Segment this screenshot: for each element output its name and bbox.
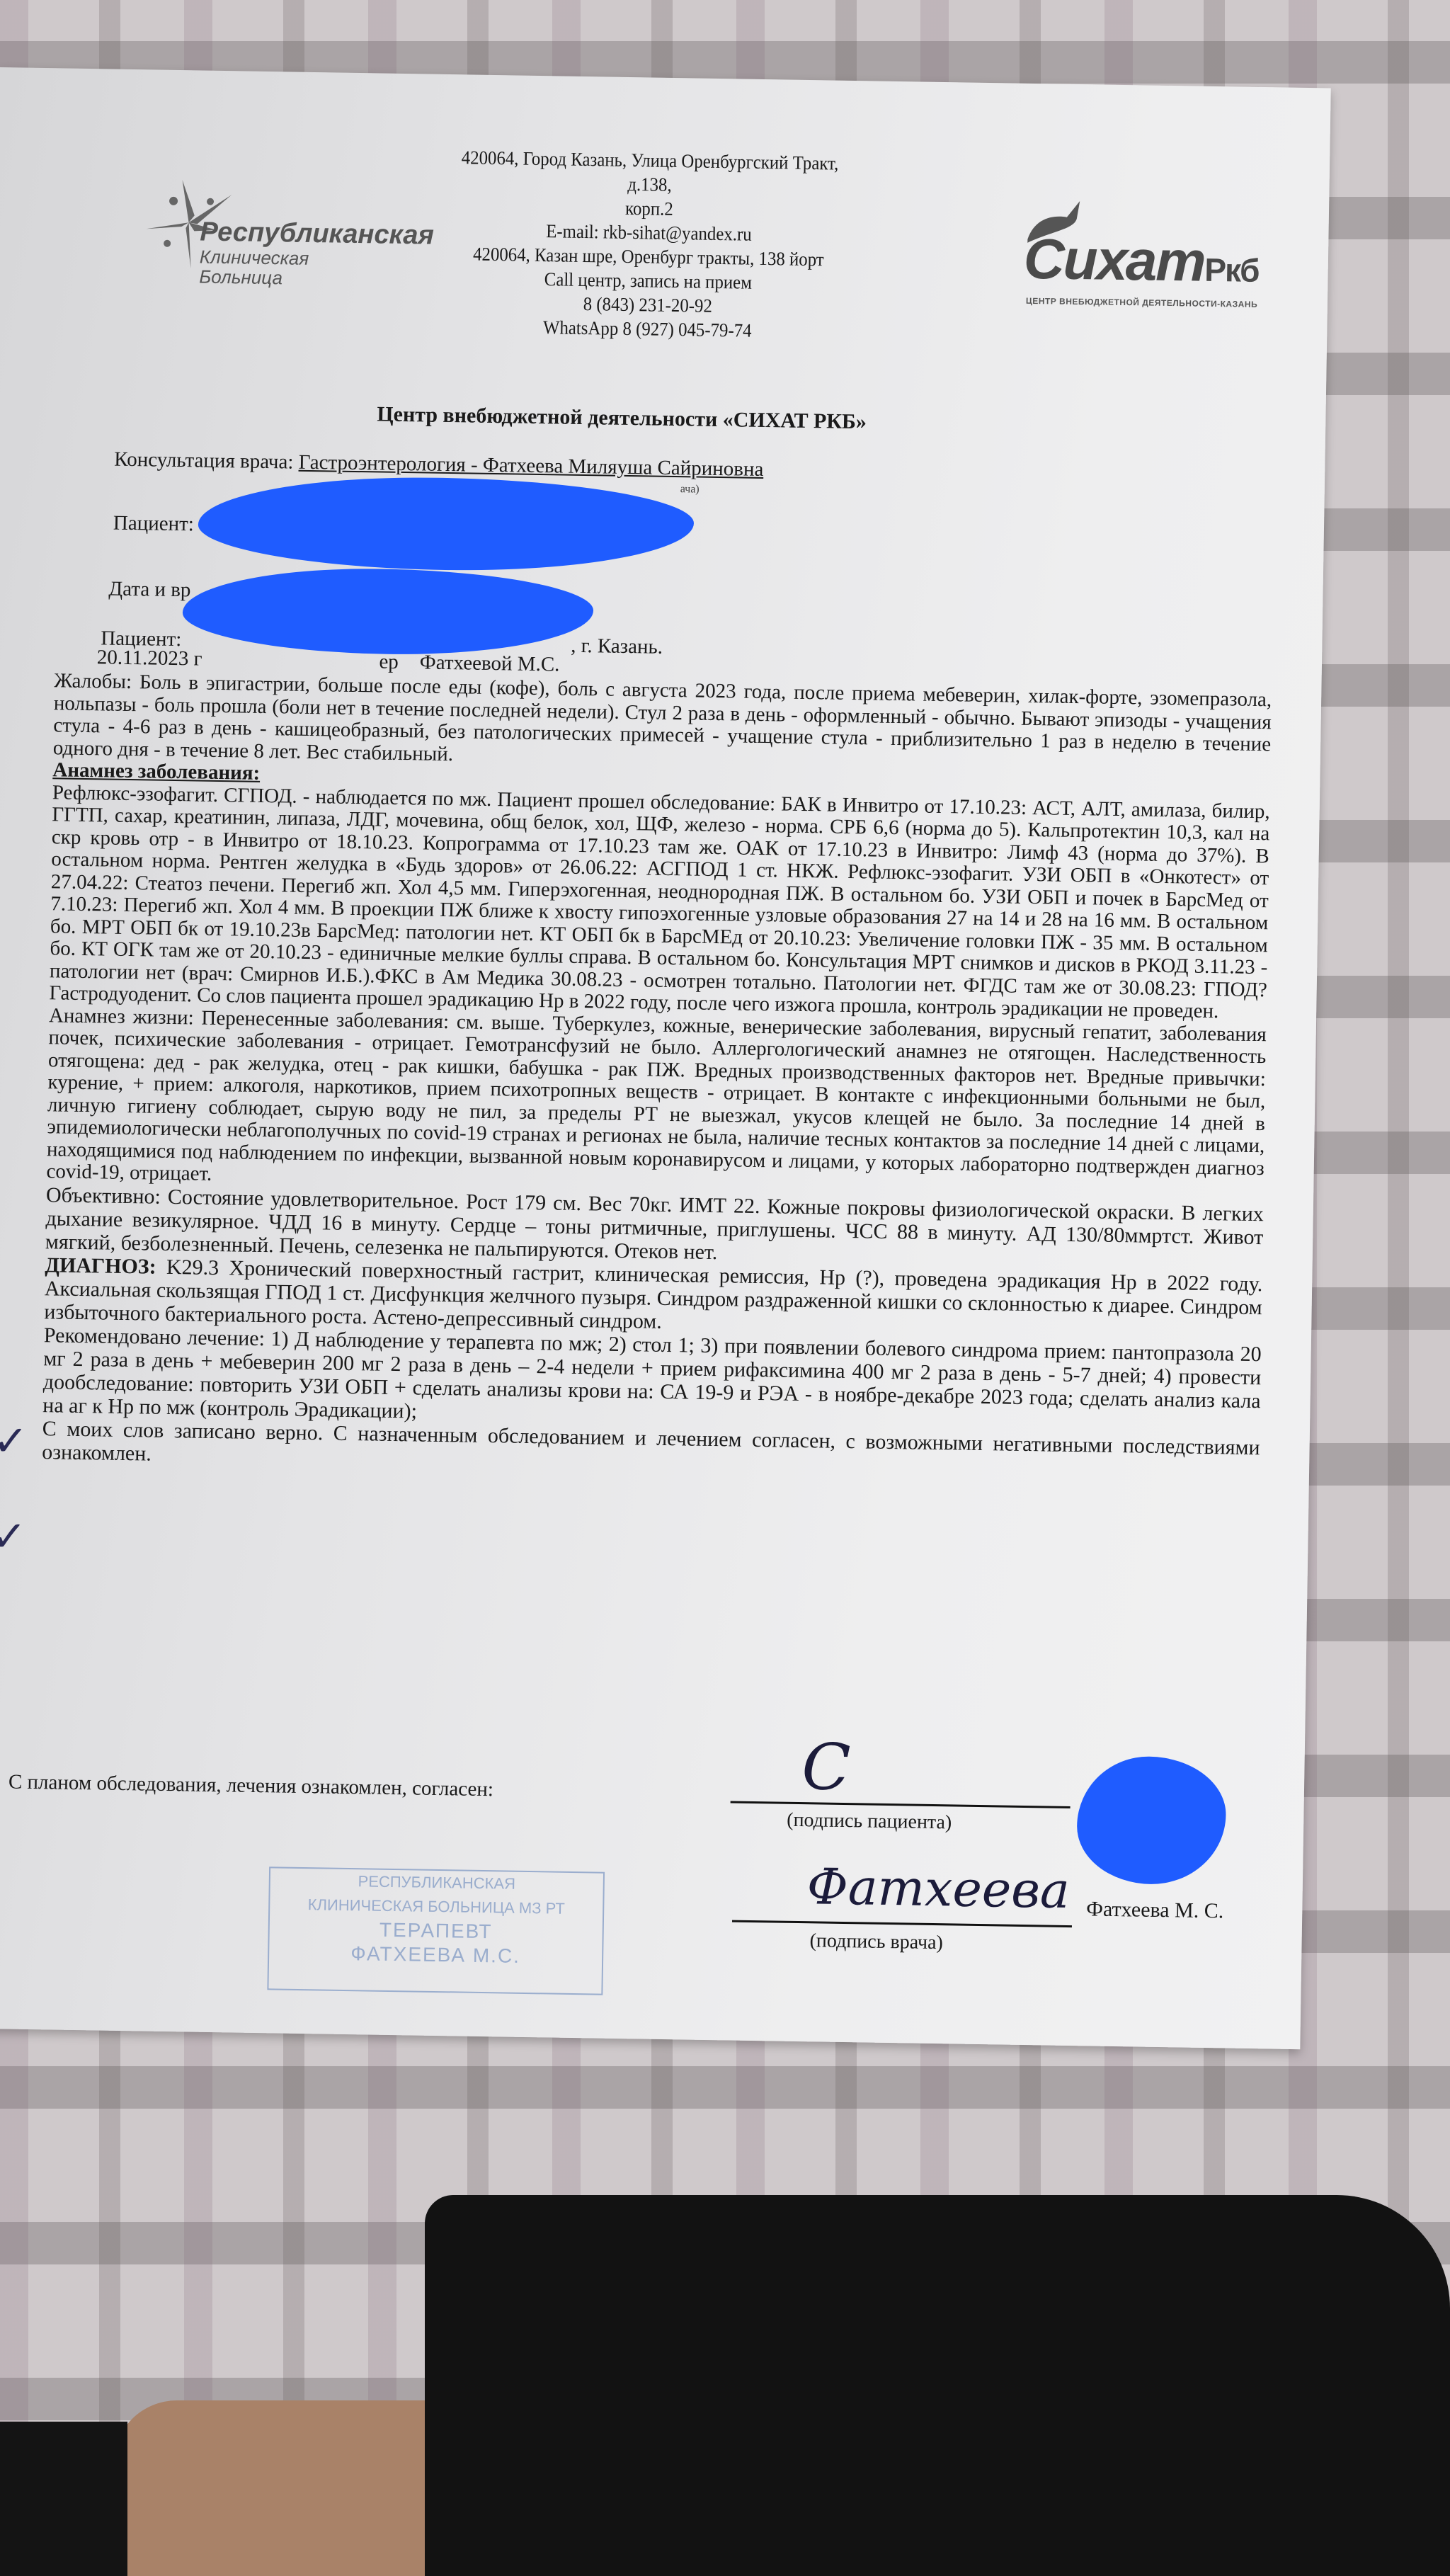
recommendation-paragraph: Рекомендовано лечение: 1) Д наблюдение у… <box>42 1323 1262 1436</box>
whatsapp-line: WhatsApp 8 (927) 045-79-74 <box>452 314 843 344</box>
diagnosis-label: ДИАГНОЗ: <box>45 1253 156 1278</box>
patient-line2-tail: , г. Казань. <box>571 634 663 659</box>
arm <box>113 2400 453 2576</box>
letterhead: Республиканская Клиническая Больница 420… <box>0 67 1331 442</box>
dark-fabric-left <box>0 2422 127 2576</box>
sihat-logo: СихатРкб Центр внебюджетной деятельности… <box>1016 197 1258 300</box>
sihat-brand-suffix: Ркб <box>1204 251 1259 289</box>
medical-consultation-sheet: Республиканская Клиническая Больница 420… <box>0 67 1331 2049</box>
sihat-subtitle: Центр внебюджетной деятельности-Казань <box>1026 296 1257 309</box>
address-line: 420064, Город Казань, Улица Оренбургский… <box>454 145 845 200</box>
datetime-label-start: Дата и вр <box>108 578 191 602</box>
contact-block: 420064, Город Казань, Улица Оренбургский… <box>452 145 845 344</box>
sihat-brand: СихатРкб <box>1023 227 1259 295</box>
hospital-logo: Республиканская Клиническая Больница <box>138 172 437 290</box>
consultation-row: Консультация врача: Гастроэнтерология - … <box>114 448 764 481</box>
doctor-signature-caption: (подпись врача) <box>809 1930 943 1954</box>
patient-signature-caption: (подпись пациента) <box>787 1809 952 1835</box>
hospital-logo-line3-text: Больница <box>199 266 309 287</box>
date-line-end: Фатхеевой М.С. <box>420 651 560 676</box>
doctor-signature-line <box>732 1920 1072 1928</box>
consultation-label: Консультация врача: <box>114 448 294 474</box>
black-fabric <box>425 2195 1450 2576</box>
hospital-logo-line2: Клиническая Больница <box>199 246 309 287</box>
hospital-logo-line2-text: Клиническая <box>200 246 309 268</box>
document-body: Жалобы: Боль в эпигастрии, больше после … <box>42 670 1272 1482</box>
doctor-signature: Фатхеева <box>806 1857 1070 1920</box>
sihat-brand-main: Сихат <box>1023 227 1205 293</box>
plan-consent-label: С планом обследования, лечения ознакомле… <box>8 1770 494 1801</box>
consultation-value: Гастроэнтерология - Фатхеева Миляуша Сай… <box>298 451 763 481</box>
date-line-start: 20.11.2023 г <box>97 646 202 670</box>
center-title: Центр внебюджетной деятельности «СИХАТ Р… <box>377 402 867 434</box>
doctor-stamp: РЕСПУБЛИКАНСКАЯ КЛИНИЧЕСКАЯ БОЛЬНИЦА МЗ … <box>267 1867 605 1995</box>
doctor-name: Фатхеева М. С. <box>1086 1897 1224 1923</box>
patient-label: Пациент: <box>113 512 194 537</box>
stamp-line4: ФАТХЕЕВА М.С. <box>269 1940 602 1969</box>
patient-signature: С <box>801 1730 852 1805</box>
anamnesis-life-paragraph: Анамнез жизни: Перенесенные заболевания:… <box>46 1005 1267 1202</box>
consultation-hint-right: ача) <box>680 483 700 496</box>
checkmark-icon: ✓ <box>0 1512 27 1562</box>
checkmark-icon: ✓ <box>0 1416 28 1466</box>
anamnesis-disease-paragraph: Рефлюкс-эзофагит. СГПОД. - наблюдается п… <box>49 782 1270 1024</box>
patient-signature-line <box>731 1801 1071 1809</box>
redaction-blob <box>198 474 695 574</box>
redaction-blob <box>1076 1755 1227 1885</box>
